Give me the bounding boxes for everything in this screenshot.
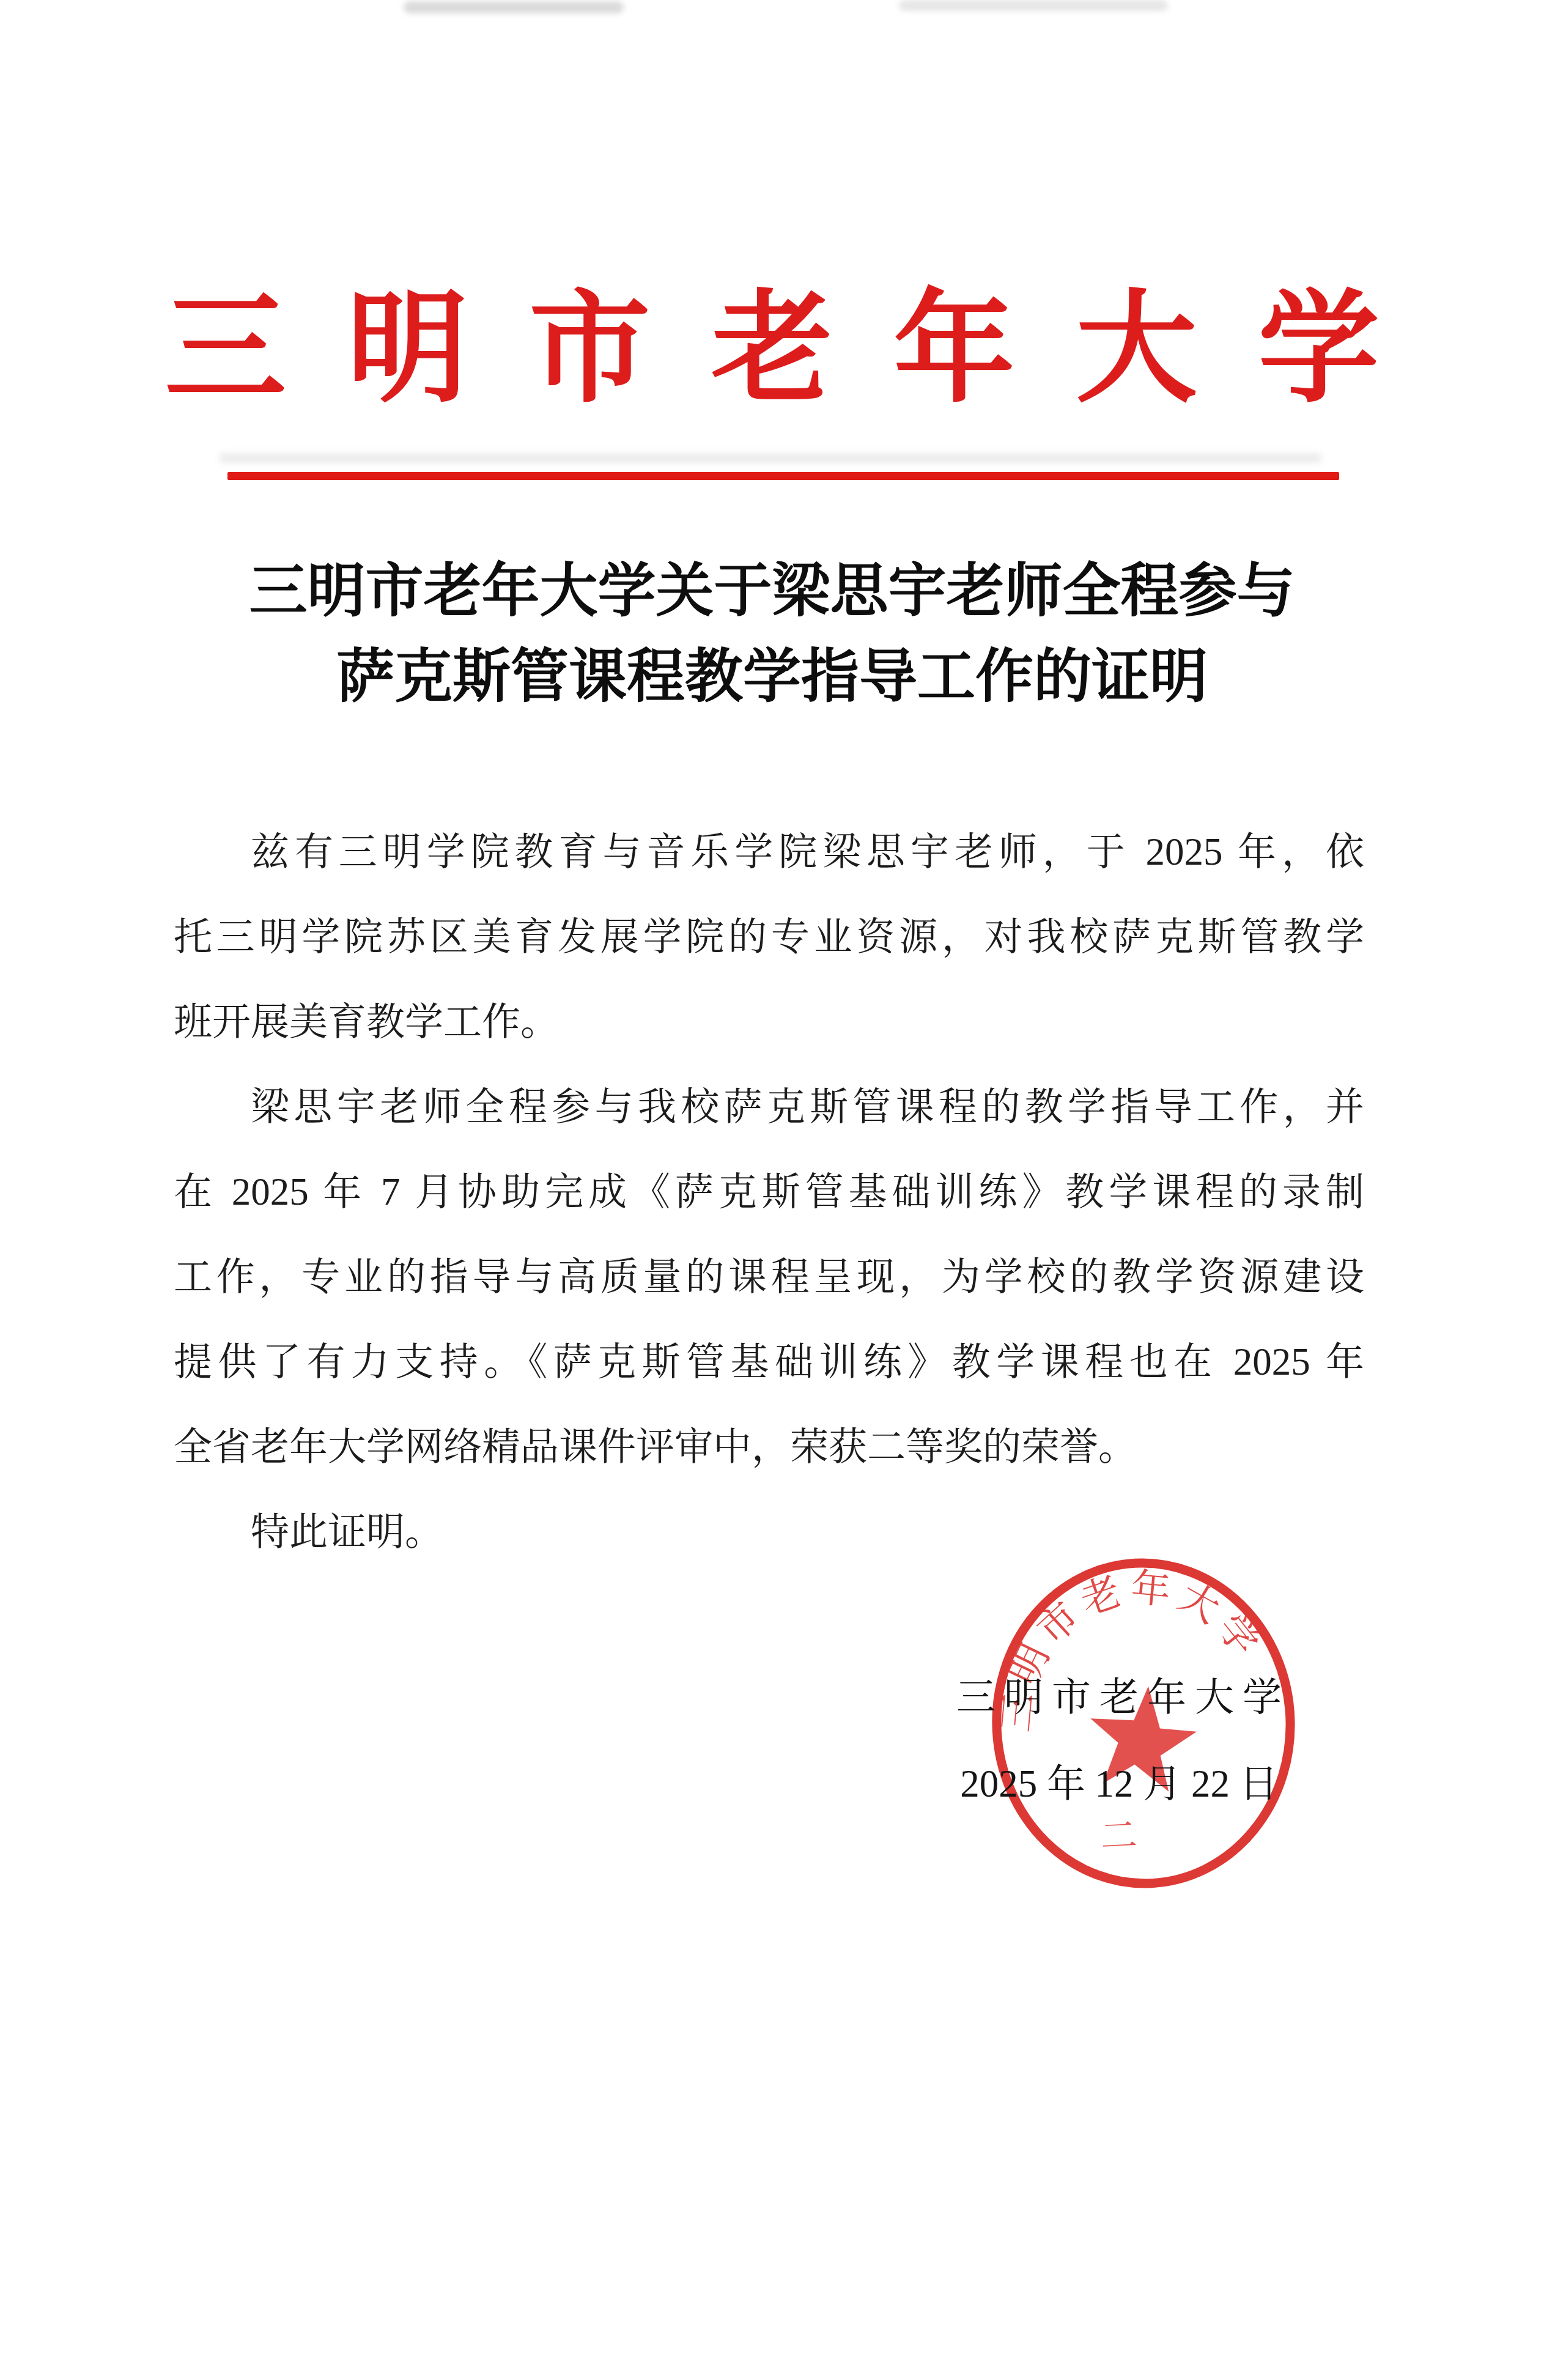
signature-block: 三明市老年大学 2025 年 12 月 22 日 [914,1676,1324,1805]
body-line: 提供了有力支持。《萨克斯管基础训练》教学课程也在 2025 年 [174,1320,1364,1405]
certificate-page: 三明市老年大学 三明市老年大学关于梁思宇老师全程参与 萨克斯管课程教学指导工作的… [0,0,1544,2380]
body-text: 兹有三明学院教育与音乐学院梁思宇老师，于 2025 年，依 托三明学院苏区美育发… [174,810,1364,1575]
scan-artifact-top-right [899,0,1168,11]
signature-organization: 三明市老年大学 [914,1676,1324,1720]
body-line: 托三明学院苏区美育发展学院的专业资源，对我校萨克斯管教学 [174,895,1364,980]
body-line: 梁思宇老师全程参与我校萨克斯管课程的教学指导工作，并 [174,1065,1364,1150]
letterhead-rule-shadow [220,454,1321,462]
signature-date: 2025 年 12 月 22 日 [914,1762,1324,1805]
scan-artifact-top-left [404,1,624,13]
body-line: 全省老年大学网络精品课件评审中，荣获二等奖的荣誉。 [174,1405,1364,1490]
letterhead-title: 三明市老年大学 [0,286,1544,413]
body-line: 在 2025 年 7 月协助完成《萨克斯管基础训练》教学课程的录制 [174,1150,1364,1235]
document-title-line2: 萨克斯管课程教学指导工作的证明 [174,634,1370,720]
body-line: 工作，专业的指导与高质量的课程呈现，为学校的教学资源建设 [174,1235,1364,1320]
document-title-line1: 三明市老年大学关于梁思宇老师全程参与 [174,549,1370,634]
letterhead-rule [227,472,1339,480]
body-line: 班开展美育教学工作。 [174,980,1364,1065]
seal-bottom-text: 二 [1099,1815,1138,1857]
body-line: 兹有三明学院教育与音乐学院梁思宇老师，于 2025 年，依 [174,810,1364,895]
document-title: 三明市老年大学关于梁思宇老师全程参与 萨克斯管课程教学指导工作的证明 [174,549,1370,720]
